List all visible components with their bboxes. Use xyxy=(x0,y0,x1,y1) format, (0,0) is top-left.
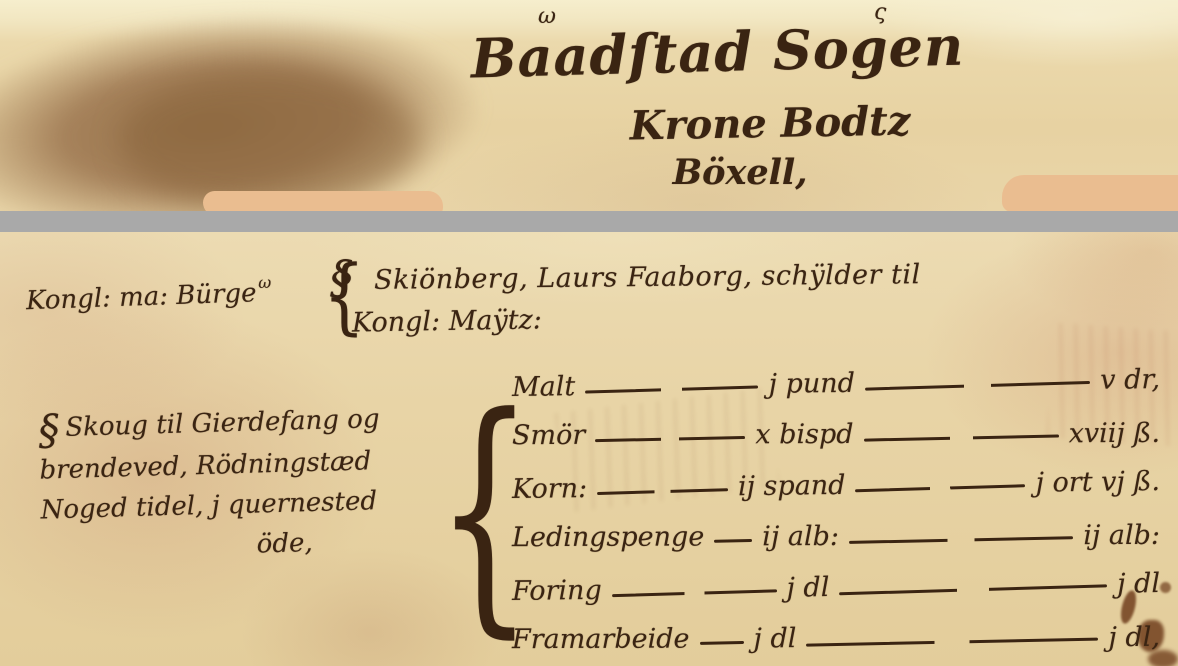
ledger-row: Smör x bispd xviij ß. xyxy=(512,408,1160,461)
ledger-quantity: j pund xyxy=(768,368,855,400)
ledger-row: Ledingspenge ij alb: ij alb: xyxy=(512,510,1160,563)
margin-royal-label: Kongl: ma: Bürgeω xyxy=(26,278,273,317)
page-subtitle-2: Böxell, xyxy=(590,152,890,193)
pen-stroke-line xyxy=(849,536,1073,544)
page-subtitle: Krone Bodtz xyxy=(560,96,981,150)
ledger-item-label: Korn: xyxy=(512,473,587,505)
margin-note-line-1-text: Skoug til Gierdefang og xyxy=(65,404,380,443)
pen-stroke-line xyxy=(612,589,777,597)
note-paragraph-flourish: § xyxy=(38,405,60,455)
torn-edge-stain-dark xyxy=(120,70,420,210)
ledger-value: v dr, xyxy=(1100,364,1160,396)
ledger-value: j dl, xyxy=(1108,622,1160,653)
pen-stroke-line xyxy=(585,385,758,393)
pen-stroke-line xyxy=(595,436,745,442)
pen-stroke-line xyxy=(700,641,744,645)
ledger-list: Malt j pund v dr, Smör x bispd xviij ß. … xyxy=(512,358,1160,664)
margin-royal-label-superscript: ω xyxy=(258,273,272,292)
ledger-item-label: Foring xyxy=(512,575,602,607)
entry-paragraph-flourish: § xyxy=(330,250,353,304)
ledger-quantity: x bispd xyxy=(755,419,853,450)
ledger-value: xviij ß. xyxy=(1069,418,1160,449)
ledger-row: Framarbeide j dl j dl, xyxy=(512,612,1160,665)
ledger-value: ij alb: xyxy=(1083,520,1160,551)
pen-stroke-line xyxy=(714,539,752,543)
entry-creditor-line: Kongl: Maÿtz: xyxy=(352,304,542,338)
pen-stroke-line xyxy=(865,381,1090,391)
ledger-quantity: j dl xyxy=(786,572,829,604)
pen-stroke-line xyxy=(597,488,728,495)
ledger-quantity: j dl xyxy=(753,623,796,654)
top-scan-parchment: ω ς Baadſtad Sogen Krone Bodtz Böxell, xyxy=(0,0,1178,211)
pen-stroke-line xyxy=(864,435,1059,442)
ledger-value: j dl xyxy=(1117,568,1160,600)
ledger-row: Korn: ij spand j ort vj ß. xyxy=(512,456,1161,515)
ledger-row: Foring j dl j dl xyxy=(512,558,1161,617)
ledger-item-label: Framarbeide xyxy=(512,624,690,656)
edge-stain-spot xyxy=(1160,582,1171,593)
bottom-scan-parchment: Kongl: ma: Bürgeω { § Skiönberg, Laurs F… xyxy=(0,232,1178,666)
scan-divider-bar xyxy=(0,211,1178,232)
pen-stroke-line xyxy=(806,638,1098,647)
retouch-blob-right xyxy=(1002,175,1178,212)
page-title: Baadſtad Sogen xyxy=(434,13,1000,92)
ledger-value: j ort vj ß. xyxy=(1035,466,1160,499)
ledger-quantity: ij alb: xyxy=(762,521,839,552)
entry-debtor-line: Skiönberg, Laurs Faaborg, schÿlder til xyxy=(374,259,921,296)
margin-royal-label-text: Kongl: ma: Bürge xyxy=(26,278,258,316)
ledger-row: Malt j pund v dr, xyxy=(512,354,1161,413)
pen-stroke-line xyxy=(839,584,1107,595)
manuscript-page: ω ς Baadſtad Sogen Krone Bodtz Böxell, K… xyxy=(0,0,1178,666)
ledger-item-label: Malt xyxy=(512,371,576,403)
ledger-quantity: ij spand xyxy=(738,470,846,502)
ledger-item-label: Smör xyxy=(512,420,585,451)
ledger-item-label: Ledingspenge xyxy=(512,521,704,553)
pen-stroke-line xyxy=(856,484,1026,492)
